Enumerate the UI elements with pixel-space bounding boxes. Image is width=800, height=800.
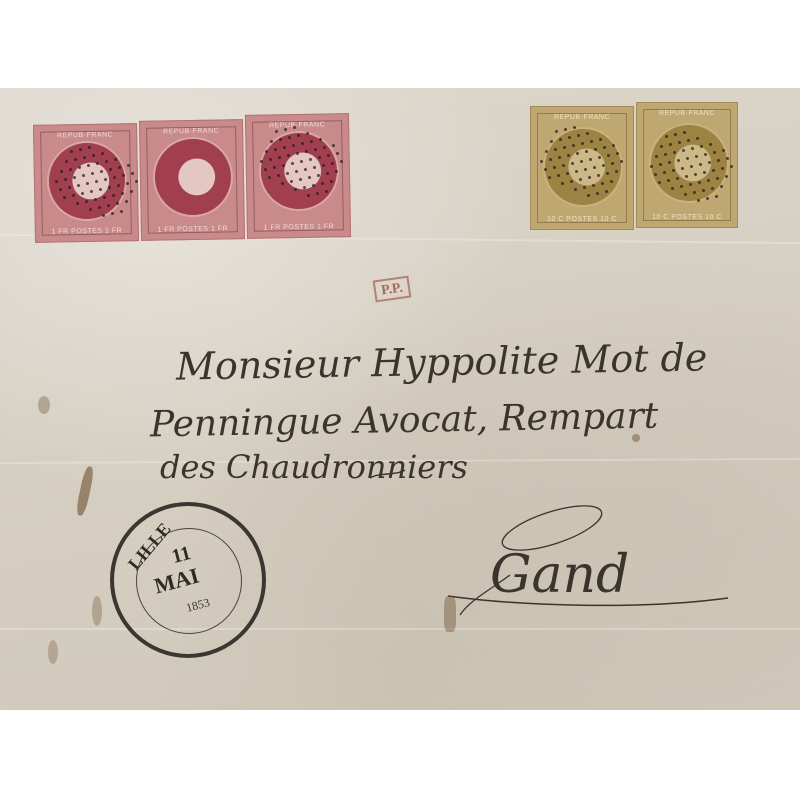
handwriting-flourish — [0, 0, 800, 800]
ink-stain — [48, 640, 58, 664]
ink-stain — [444, 596, 456, 632]
ink-stain — [92, 596, 102, 626]
ink-stain — [38, 396, 50, 414]
ink-stain — [632, 434, 640, 442]
lille-postmark: LILLE 11 MAI 1853 — [110, 502, 266, 658]
